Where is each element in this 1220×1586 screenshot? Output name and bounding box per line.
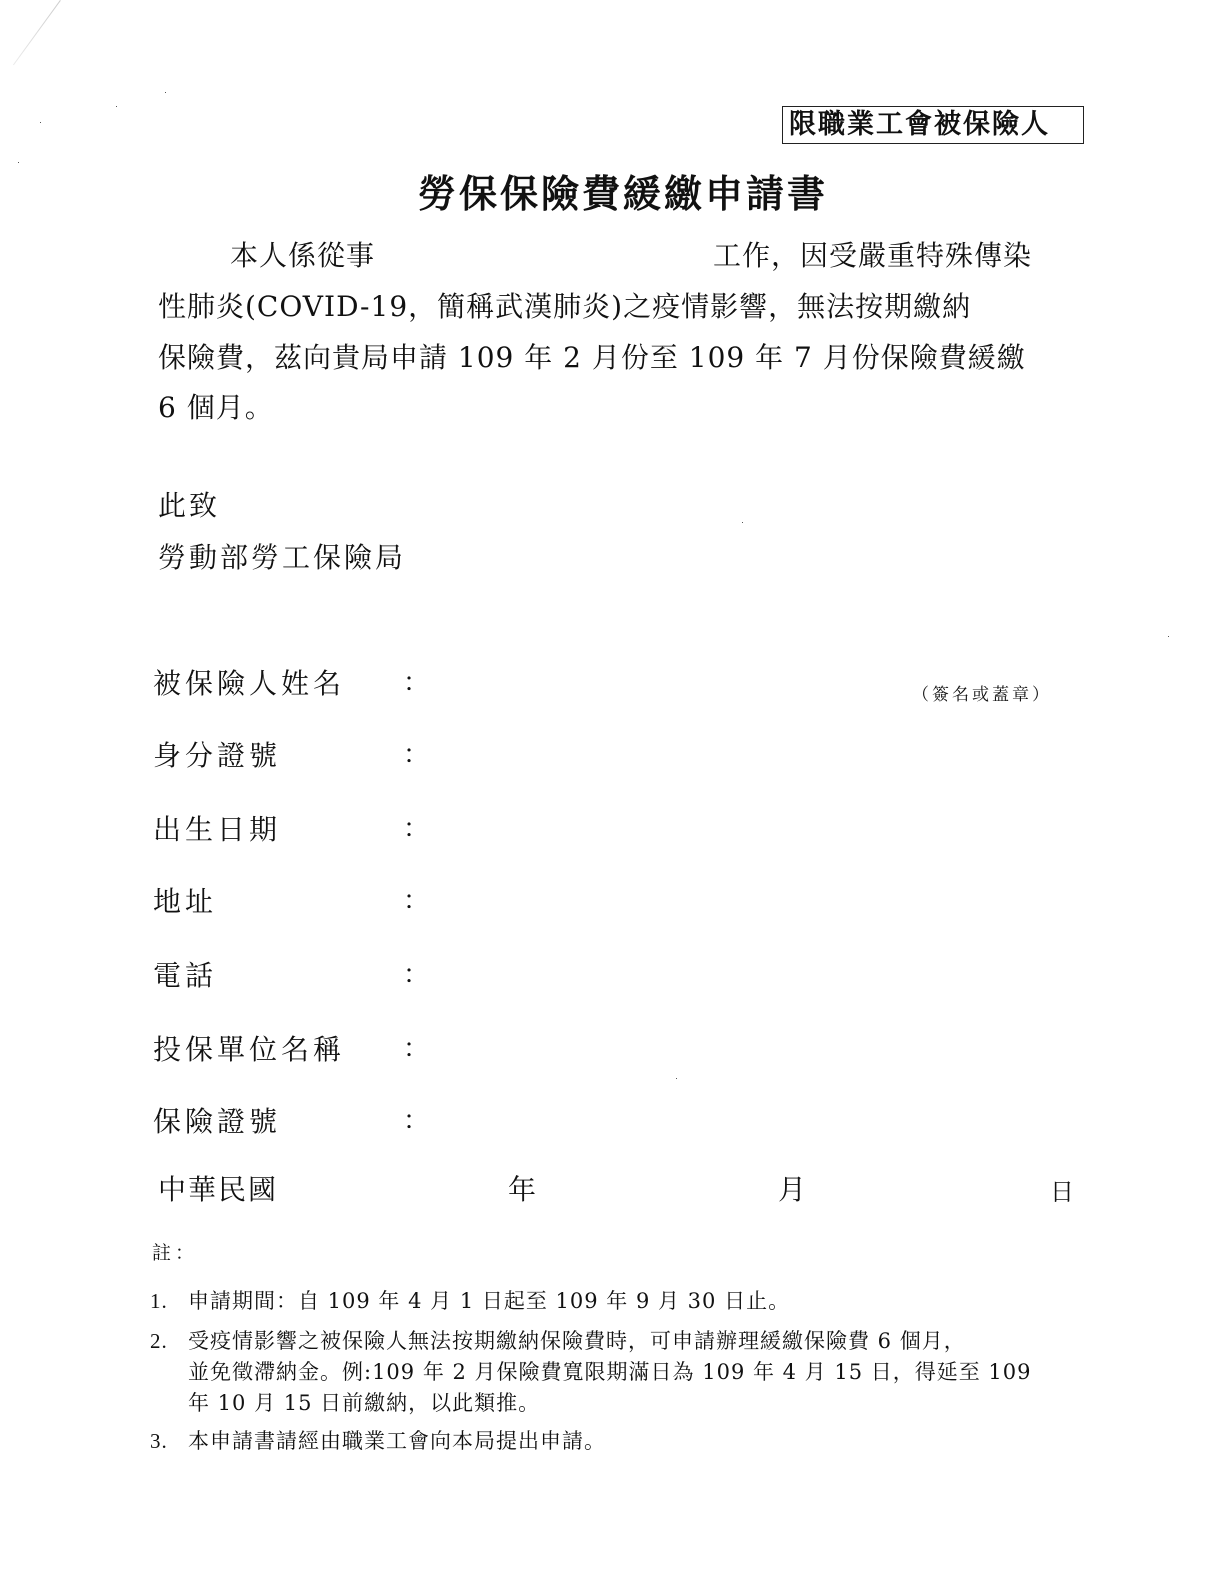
field-label: 被保險人姓名 bbox=[153, 662, 345, 702]
scan-speck bbox=[40, 122, 41, 123]
statement-line-4: 6 個月。 bbox=[158, 386, 1088, 426]
phone-input[interactable] bbox=[443, 954, 1007, 992]
scan-speck bbox=[116, 106, 117, 107]
note-number: 2. bbox=[150, 1326, 168, 1357]
scan-speck bbox=[165, 92, 166, 93]
note-number: 1. bbox=[150, 1286, 168, 1317]
address-input[interactable] bbox=[443, 880, 1007, 918]
field-colon: ： bbox=[403, 1028, 429, 1065]
day-label: 日 bbox=[1050, 1172, 1074, 1207]
note-line: 受疫情影響之被保險人無法按期繳納保險費時，可申請辦理緩繳保險費 6 個月， bbox=[188, 1326, 1088, 1357]
employer-name-input[interactable] bbox=[443, 1028, 1007, 1066]
statement-line-3: 保險費，茲向貴局申請 109 年 2 月份至 109 年 7 月份保險費緩繳 bbox=[158, 336, 1088, 376]
scan-speck bbox=[676, 1078, 677, 1079]
birth-date-input[interactable] bbox=[443, 808, 1007, 846]
field-label: 電話 bbox=[153, 954, 217, 994]
restriction-label-box: 限職業工會被保險人 bbox=[782, 106, 1084, 144]
field-birth-date: 出生日期 ： bbox=[153, 808, 1093, 848]
page-title: 勞保保險費緩繳申請書 bbox=[418, 163, 828, 218]
scan-speck bbox=[18, 162, 19, 163]
statement-line-2: 性肺炎(COVID-19，簡稱武漢肺炎)之疫情影響，無法按期繳納 bbox=[158, 285, 1088, 325]
note-text: 本申請書請經由職業工會向本局提出申請。 bbox=[188, 1426, 1088, 1457]
salutation: 此致 bbox=[158, 484, 220, 524]
field-colon: ： bbox=[403, 1100, 429, 1137]
application-form-page: 限職業工會被保險人 勞保保險費緩繳申請書 本人係從事 工作，因受嚴重特殊傳染 性… bbox=[0, 0, 1220, 1586]
field-employer-name: 投保單位名稱 ： bbox=[153, 1028, 1093, 1068]
field-phone: 電話 ： bbox=[153, 954, 1093, 994]
year-label: 年 bbox=[508, 1168, 536, 1208]
statement-suffix: 工作，因受嚴重特殊傳染 bbox=[713, 234, 1032, 274]
field-insurance-number: 保險證號 ： bbox=[153, 1100, 1093, 1140]
note-text: 申請期間：自 109 年 4 月 1 日起至 109 年 9 月 30 日止。 bbox=[188, 1286, 1088, 1317]
field-colon: ： bbox=[403, 734, 429, 771]
date-era: 中華民國 bbox=[158, 1168, 278, 1208]
note-number: 3. bbox=[150, 1426, 168, 1457]
statement-prefix: 本人係從事 bbox=[230, 239, 375, 272]
notes-heading: 註： bbox=[152, 1238, 198, 1265]
field-colon: ： bbox=[403, 808, 429, 845]
note-text: 受疫情影響之被保險人無法按期繳納保險費時，可申請辦理緩繳保險費 6 個月， 並免… bbox=[188, 1326, 1088, 1419]
statement-line-1: 本人係從事 工作，因受嚴重特殊傳染 bbox=[158, 234, 1088, 275]
occupation-input[interactable] bbox=[385, 241, 689, 275]
date-row: 中華民國 年 月 日 bbox=[158, 1168, 1078, 1208]
month-input[interactable] bbox=[558, 1170, 782, 1206]
scan-speck bbox=[742, 522, 743, 523]
addressee: 勞動部勞工保險局 bbox=[158, 536, 406, 576]
field-label: 保險證號 bbox=[153, 1100, 281, 1140]
note-line: 年 10 月 15 日前繳納，以此類推。 bbox=[188, 1388, 1088, 1419]
year-input[interactable] bbox=[308, 1170, 502, 1206]
insurance-number-input[interactable] bbox=[443, 1100, 1007, 1138]
scan-artifact-line bbox=[13, 0, 61, 65]
field-label: 地址 bbox=[153, 880, 217, 920]
field-colon: ： bbox=[403, 662, 429, 699]
note-line: 並免徵滯納金。例:109 年 2 月保險費寬限期滿日為 109 年 4 月 15… bbox=[188, 1357, 1088, 1388]
field-address: 地址 ： bbox=[153, 880, 1093, 920]
field-colon: ： bbox=[403, 954, 429, 991]
scan-speck bbox=[1168, 636, 1169, 637]
day-input[interactable] bbox=[828, 1170, 1052, 1206]
month-label: 月 bbox=[778, 1168, 806, 1208]
field-colon: ： bbox=[403, 880, 429, 917]
field-id-number: 身分證號 ： bbox=[153, 734, 1093, 774]
field-label: 身分證號 bbox=[153, 734, 281, 774]
field-label: 投保單位名稱 bbox=[153, 1028, 345, 1068]
id-number-input[interactable] bbox=[443, 734, 1007, 772]
signature-hint: （簽名或蓋章） bbox=[912, 680, 1052, 705]
field-label: 出生日期 bbox=[153, 808, 281, 848]
